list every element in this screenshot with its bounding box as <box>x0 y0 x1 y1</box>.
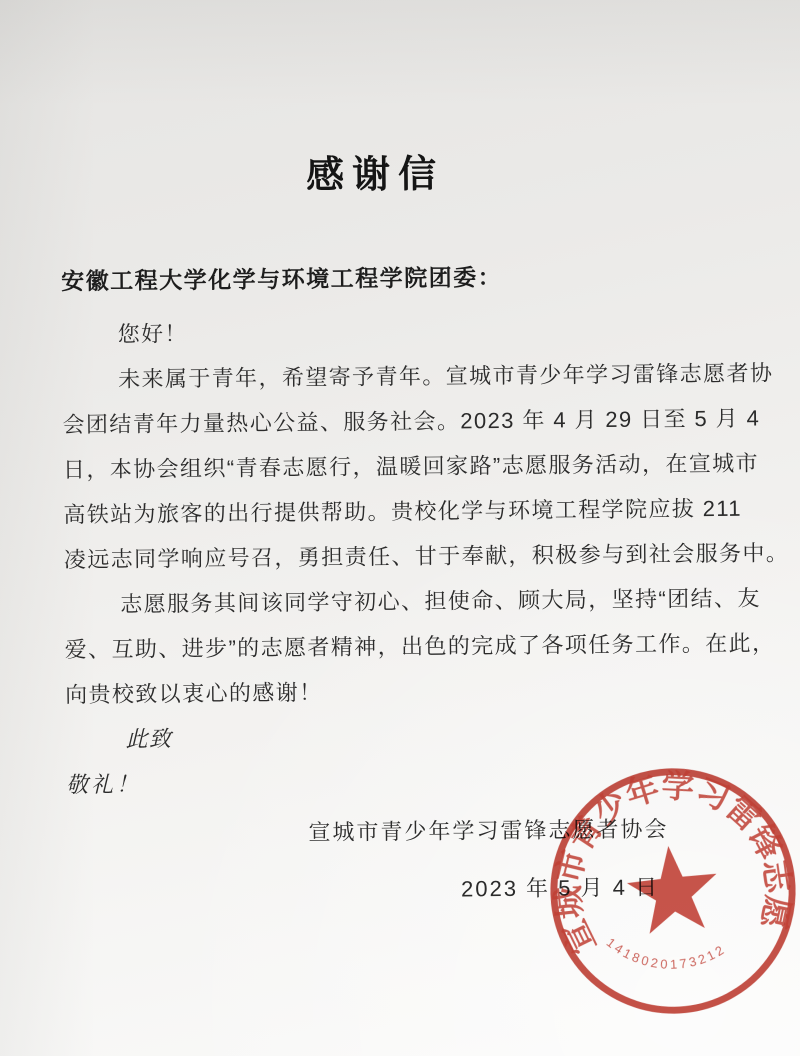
body-line: 未来属于青年，希望寄予青年。宣城市青少年学习雷锋志愿者协 <box>62 351 704 402</box>
signature-date: 2023 年 5 月 4 日 <box>67 863 709 917</box>
closing-cizhi: 此致 <box>65 711 707 762</box>
seal-code: 1418020173212 <box>603 923 730 979</box>
signature-org: 宣城市青少年学习雷锋志愿者协会 <box>66 805 708 859</box>
body-line: 高铁站为旅客的出行提供帮助。贵校化学与环境工程学院应拔 211 <box>63 486 705 537</box>
letter-body: 感谢信 安徽工程大学化学与环境工程学院团委： 您好！ 未来属于青年，希望寄予青年… <box>0 0 800 918</box>
signature-block: 宣城市青少年学习雷锋志愿者协会 2023 年 5 月 4 日 <box>66 805 709 917</box>
body-line: 凌远志同学响应号召，勇担责任、甘于奉献，积极参与到社会服务中。 <box>64 531 706 582</box>
letter-title: 感谢信 <box>54 140 696 201</box>
body-line: 日，本协会组织“青春志愿行，温暖回家路”志愿服务活动，在宣城市 <box>63 441 705 492</box>
body-line: 志愿服务其间该同学守初心、担使命、顾大局，坚持“团结、友 <box>64 576 706 627</box>
body-line: 向贵校致以衷心的感谢！ <box>65 666 707 717</box>
closing-jingli: 敬礼！ <box>66 756 708 807</box>
photo-of-letter: 感谢信 安徽工程大学化学与环境工程学院团委： 您好！ 未来属于青年，希望寄予青年… <box>0 0 800 1056</box>
body-line: 爱、互助、进步”的志愿者精神，出色的完成了各项任务工作。在此， <box>64 621 706 672</box>
body-line: 会团结青年力量热心公益、服务社会。2023 年 4 月 29 日至 5 月 4 <box>62 396 704 447</box>
greeting-line: 您好！ <box>61 306 703 357</box>
recipient-line: 安徽工程大学化学与环境工程学院团委： <box>61 257 703 296</box>
